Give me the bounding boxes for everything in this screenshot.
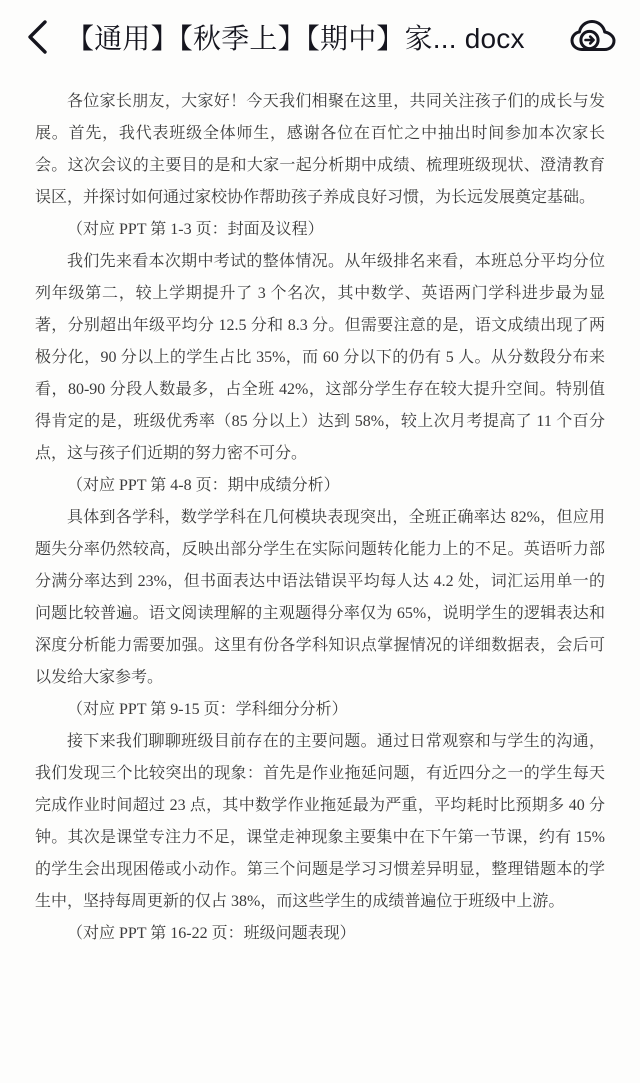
document-body[interactable]: 各位家长朋友，大家好！今天我们相聚在这里，共同关注孩子们的成长与发展。首先，我代… [0,68,640,950]
ppt-note-cover-agenda: （对应 PPT 第 1-3 页：封面及议程） [35,214,605,246]
titlebar: 【通用】【秋季上】【期中】家... docx [0,0,640,68]
paragraph-greeting: 各位家长朋友，大家好！今天我们相聚在这里，共同关注孩子们的成长与发展。首先，我代… [35,86,605,214]
paragraph-class-problems: 接下来我们聊聊班级目前存在的主要问题。通过日常观察和与学生的沟通，我们发现三个比… [35,726,605,918]
ppt-note-subject-analysis: （对应 PPT 第 9-15 页：学科细分分析） [35,694,605,726]
ppt-note-midterm-analysis: （对应 PPT 第 4-8 页：期中成绩分析） [35,470,605,502]
back-button[interactable] [22,16,52,58]
cloud-arrow-icon [568,17,618,57]
document-title: 【通用】【秋季上】【期中】家... docx [66,17,558,57]
save-to-cloud-button[interactable] [568,16,618,58]
paragraph-overall-results: 我们先来看本次期中考试的整体情况。从年级排名来看，本班总分平均分位列年级第二，较… [35,246,605,470]
file-preview-screen: 【通用】【秋季上】【期中】家... docx 各位家长朋友，大家好！今天我们相聚… [0,0,640,1083]
paragraph-subject-detail: 具体到各学科，数学学科在几何模块表现突出，全班正确率达 82%，但应用题失分率仍… [35,502,605,694]
chevron-left-icon [24,18,50,56]
ppt-note-class-problems: （对应 PPT 第 16-22 页：班级问题表现） [35,918,605,950]
